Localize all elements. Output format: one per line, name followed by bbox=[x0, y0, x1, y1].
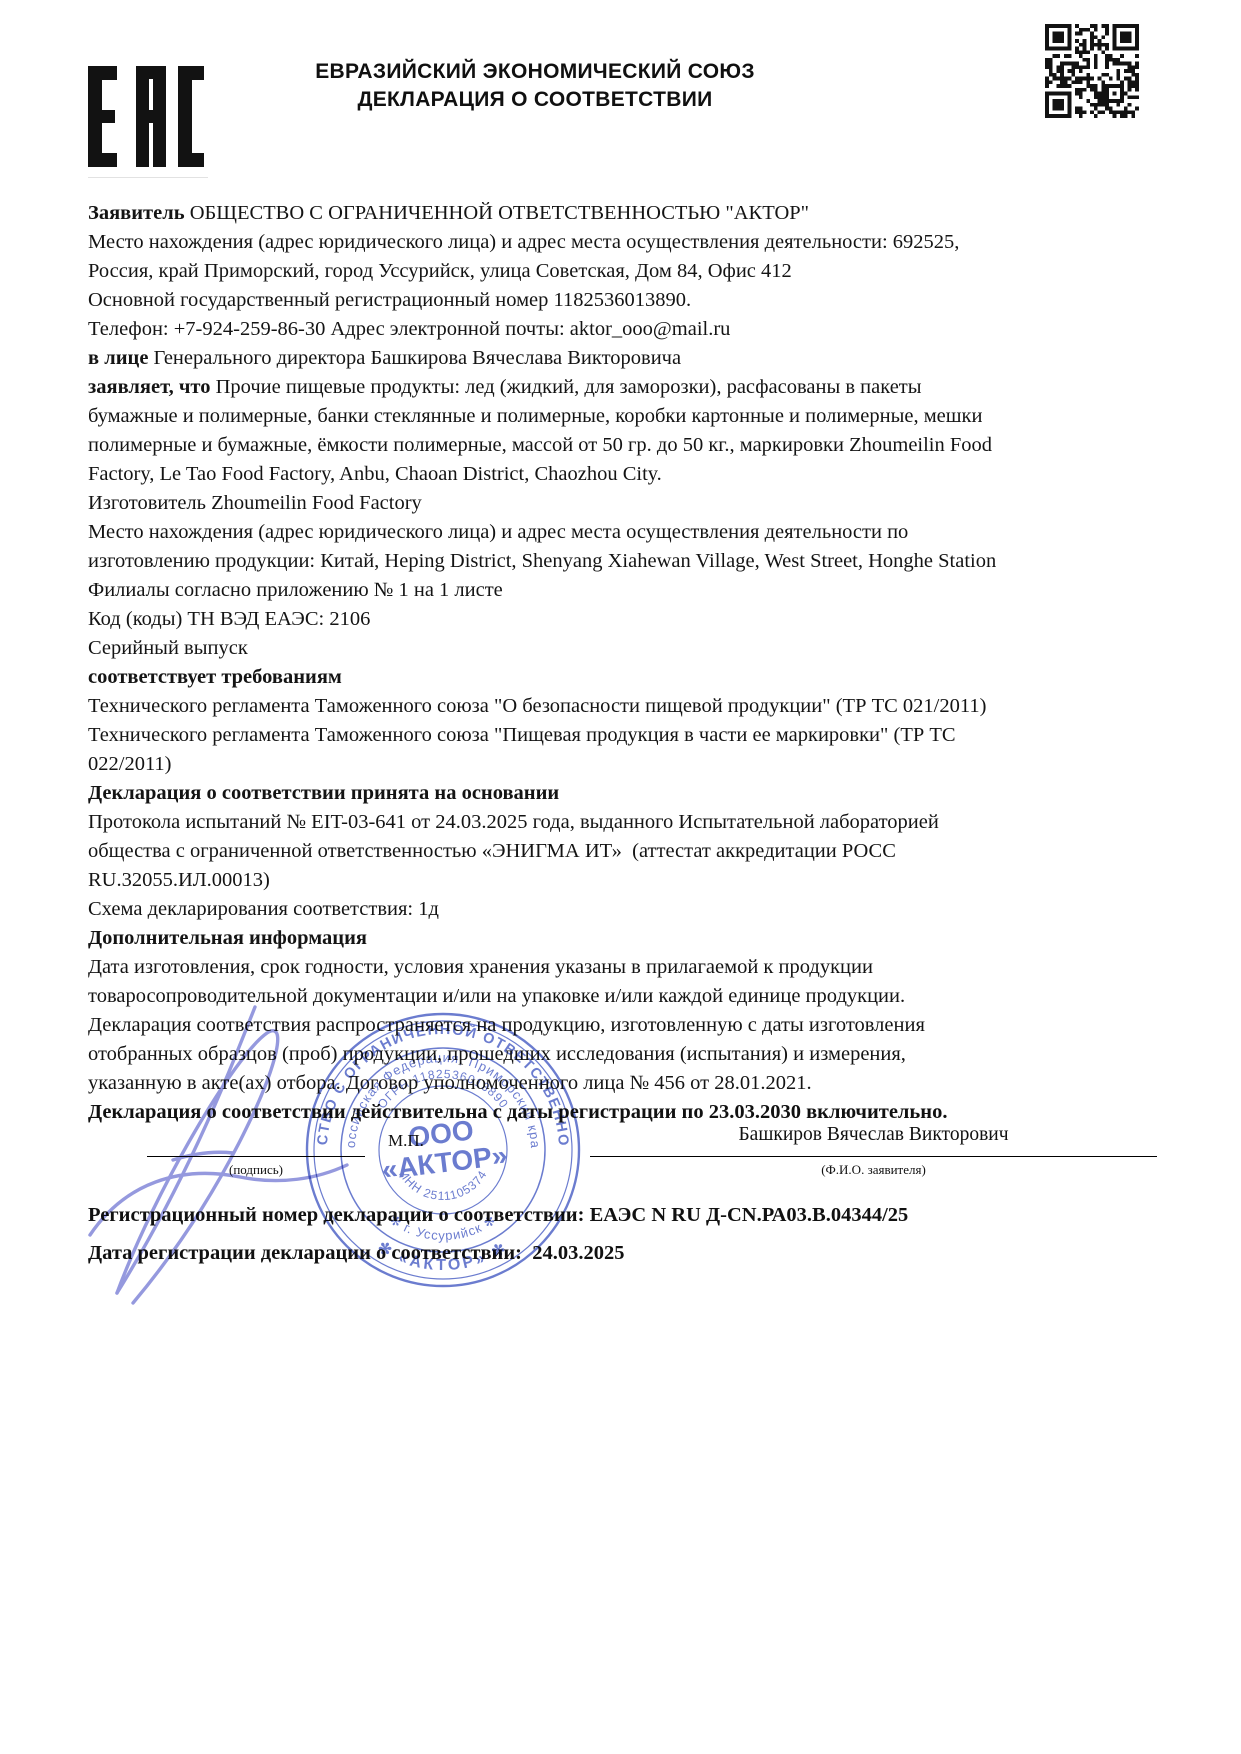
signature-ink bbox=[55, 985, 385, 1325]
registration-number-value: ЕАЭС N RU Д-CN.РА03.В.04344/25 bbox=[590, 1204, 909, 1226]
name-line bbox=[590, 1156, 1157, 1157]
body-line: Дата изготовления, срок годности, услови… bbox=[88, 953, 1168, 982]
body-line: Технического регламента Таможенного союз… bbox=[88, 721, 1168, 750]
body-line: Factory, Le Tao Food Factory, Anbu, Chao… bbox=[88, 460, 1168, 489]
stamp-city-text: ✻ г. Уссурийск ✻ bbox=[387, 1212, 499, 1243]
svg-text:✻ «АКТОР» ✻: ✻ «АКТОР» ✻ bbox=[374, 1239, 511, 1274]
qr-code-icon bbox=[1045, 22, 1139, 120]
body-line: 022/2011) bbox=[88, 750, 1168, 779]
body-line: Серийный выпуск bbox=[88, 634, 1168, 663]
declaration-document: ЕВРАЗИЙСКИЙ ЭКОНОМИЧЕСКИЙ СОЮЗ ДЕКЛАРАЦИ… bbox=[0, 0, 1241, 1754]
body-line: Заявитель ОБЩЕСТВО С ОГРАНИЧЕННОЙ ОТВЕТС… bbox=[88, 199, 1168, 228]
body-line: изготовлению продукции: Китай, Heping Di… bbox=[88, 547, 1168, 576]
body-line: Изготовитель Zhoumeilin Food Factory bbox=[88, 489, 1168, 518]
body-line: Технического регламента Таможенного союз… bbox=[88, 692, 1168, 721]
title-line-union: ЕВРАЗИЙСКИЙ ЭКОНОМИЧЕСКИЙ СОЮЗ bbox=[255, 58, 815, 86]
title-line-declaration: ДЕКЛАРАЦИЯ О СООТВЕТСТВИИ bbox=[255, 86, 815, 114]
eac-logo bbox=[88, 66, 204, 167]
eac-logo-underline bbox=[88, 177, 208, 178]
body-line: заявляет, что Прочие пищевые продукты: л… bbox=[88, 373, 1168, 402]
body-line: полимерные и бумажные, ёмкости полимерны… bbox=[88, 431, 1168, 460]
body-line: Декларация о соответствии принята на осн… bbox=[88, 779, 1168, 808]
body-line: Дополнительная информация bbox=[88, 924, 1168, 953]
body-line: бумажные и полимерные, банки стеклянные … bbox=[88, 402, 1168, 431]
stamp-center-name: ООО «АКТОР» bbox=[377, 1111, 509, 1186]
body-line: Основной государственный регистрационный… bbox=[88, 286, 1168, 315]
body-line: Место нахождения (адрес юридического лиц… bbox=[88, 228, 1168, 257]
body-line: общества с ограниченной ответственностью… bbox=[88, 837, 1168, 866]
svg-text:✻ г. Уссурийск ✻: ✻ г. Уссурийск ✻ bbox=[387, 1212, 499, 1243]
body-line: Место нахождения (адрес юридического лиц… bbox=[88, 518, 1168, 547]
body-line: Телефон: +7-924-259-86-30 Адрес электрон… bbox=[88, 315, 1168, 344]
declaration-body: Заявитель ОБЩЕСТВО С ОГРАНИЧЕННОЙ ОТВЕТС… bbox=[88, 199, 1168, 1098]
signer-name: Башкиров Вячеслав Викторович bbox=[590, 1124, 1157, 1146]
body-line: Россия, край Приморский, город Уссурийск… bbox=[88, 257, 1168, 286]
body-line: Код (коды) ТН ВЭД ЕАЭС: 2106 bbox=[88, 605, 1168, 634]
body-line: в лице Генерального директора Башкирова … bbox=[88, 344, 1168, 373]
svg-text:«АКТОР»: «АКТОР» bbox=[380, 1139, 509, 1185]
document-title: ЕВРАЗИЙСКИЙ ЭКОНОМИЧЕСКИЙ СОЮЗ ДЕКЛАРАЦИ… bbox=[255, 58, 815, 114]
body-line: RU.32055.ИЛ.00013) bbox=[88, 866, 1168, 895]
body-line: соответствует требованиям bbox=[88, 663, 1168, 692]
body-line: Протокола испытаний № EIT-03-641 от 24.0… bbox=[88, 808, 1168, 837]
name-caption: (Ф.И.О. заявителя) bbox=[590, 1162, 1157, 1178]
body-line: Схема декларирования соответствия: 1д bbox=[88, 895, 1168, 924]
stamp-outer-bottom-text: ✻ «АКТОР» ✻ bbox=[374, 1239, 511, 1274]
body-line: Филиалы согласно приложению № 1 на 1 лис… bbox=[88, 576, 1168, 605]
